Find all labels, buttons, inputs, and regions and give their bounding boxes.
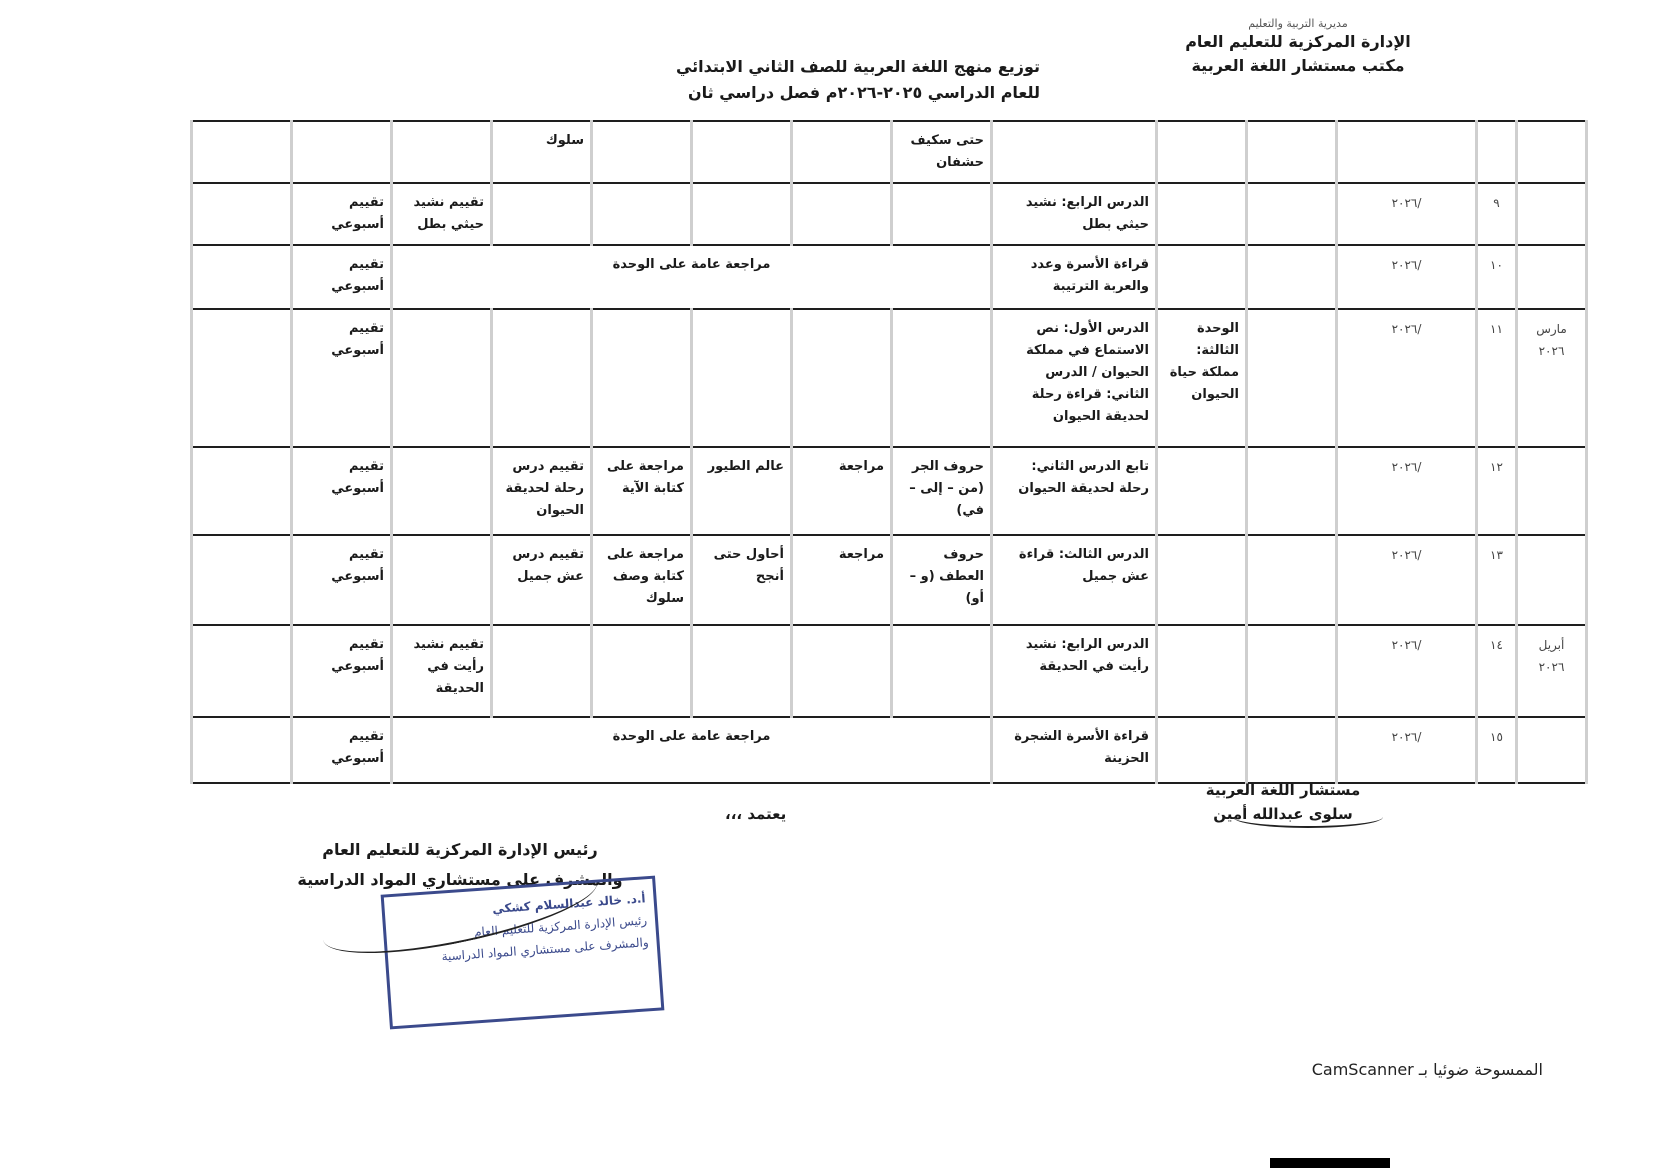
- notes-cell: [192, 535, 292, 625]
- activity-cell: تقييم درس عش جميل: [492, 535, 592, 625]
- unit-cell: [1157, 535, 1247, 625]
- lesson-cell: الدرس الثالث: قراءة عش جميل: [992, 535, 1157, 625]
- weekly-assessment-cell: [292, 121, 392, 183]
- activity-cell: [692, 183, 792, 245]
- unit-cell: [1157, 121, 1247, 183]
- lesson-cell: الدرس الأول: نص الاستماع في مملكة الحيوا…: [992, 309, 1157, 447]
- week-cell: ١٥: [1477, 717, 1517, 783]
- blank-cell: [1247, 245, 1337, 309]
- table-row: مارس ٢٠٢٦١١/٢٠٢٦الوحدة الثالثة: مملكة حي…: [192, 309, 1587, 447]
- week-cell: ١٣: [1477, 535, 1517, 625]
- activity-cell: [392, 447, 492, 535]
- weekly-assessment-cell: تقييم أسبوعي: [292, 309, 392, 447]
- table-row: ١٣/٢٠٢٦الدرس الثالث: قراءة عش جميلحروف ا…: [192, 535, 1587, 625]
- notes-cell: [192, 717, 292, 783]
- blank-cell: [1247, 717, 1337, 783]
- month-cell: [1517, 245, 1587, 309]
- date-cell: /٢٠٢٦: [1337, 309, 1477, 447]
- week-cell: ١١: [1477, 309, 1517, 447]
- lesson-cell: قراءة الأسرة الشجرة الحزينة: [992, 717, 1157, 783]
- unit-cell: [1157, 447, 1247, 535]
- month-cell: [1517, 121, 1587, 183]
- activity-cell: مراجعة: [792, 535, 892, 625]
- activity-cell: مراجعة: [792, 447, 892, 535]
- activity-cell: [592, 625, 692, 717]
- table-row: ١٥/٢٠٢٦قراءة الأسرة الشجرة الحزينةمراجعة…: [192, 717, 1587, 783]
- activity-cell: [592, 309, 692, 447]
- head-line-1: رئيس الإدارة المركزية للتعليم العام: [290, 835, 630, 865]
- weekly-assessment-cell: تقييم أسبوعي: [292, 717, 392, 783]
- notes-cell: [192, 245, 292, 309]
- week-cell: [1477, 121, 1517, 183]
- activity-cell: أحاول حتى أنجح: [692, 535, 792, 625]
- activity-cell: [492, 309, 592, 447]
- activity-cell: [692, 309, 792, 447]
- month-cell: [1517, 535, 1587, 625]
- activity-cell: [392, 121, 492, 183]
- activity-cell: [592, 183, 692, 245]
- activity-cell: حتى سكيف حشفان: [892, 121, 992, 183]
- notes-cell: [192, 447, 292, 535]
- activity-cell: [692, 625, 792, 717]
- activity-cell: [492, 183, 592, 245]
- month-cell: [1517, 717, 1587, 783]
- approval-label: يعتمد ،،،: [725, 805, 786, 823]
- table-row: ١٢/٢٠٢٦تابع الدرس الثاني: رحلة لحديقة ال…: [192, 447, 1587, 535]
- curriculum-table: حتى سكيف حشفانسلوك٩/٢٠٢٦الدرس الرابع: نش…: [190, 120, 1588, 784]
- activity-cell: تقييم نشيد حيثي بطل: [392, 183, 492, 245]
- table-row: حتى سكيف حشفانسلوك: [192, 121, 1587, 183]
- table-row: ١٠/٢٠٢٦قراءة الأسرة وعدد والعربة الترتيب…: [192, 245, 1587, 309]
- lesson-cell: الدرس الرابع: نشيد حيثي بطل: [992, 183, 1157, 245]
- activity-cell: تقييم نشيد رأيت في الحديقة: [392, 625, 492, 717]
- title-line-2: للعام الدراسي ٢٠٢٥-٢٠٢٦م فصل دراسي ثان: [620, 80, 1040, 106]
- date-cell: /٢٠٢٦: [1337, 717, 1477, 783]
- date-cell: /٢٠٢٦: [1337, 625, 1477, 717]
- table-row: ٩/٢٠٢٦الدرس الرابع: نشيد حيثي بطلتقييم ن…: [192, 183, 1587, 245]
- month-cell: أبريل ٢٠٢٦: [1517, 625, 1587, 717]
- weekly-assessment-cell: تقييم أسبوعي: [292, 183, 392, 245]
- merged-review-cell: مراجعة عامة على الوحدة: [392, 245, 992, 309]
- lesson-cell: [992, 121, 1157, 183]
- blank-cell: [1247, 183, 1337, 245]
- activity-cell: [792, 625, 892, 717]
- activity-cell: [792, 183, 892, 245]
- activity-cell: [392, 535, 492, 625]
- advisor-title: مستشار اللغة العربية: [1183, 778, 1383, 802]
- week-cell: ١٢: [1477, 447, 1517, 535]
- lesson-cell: الدرس الرابع: نشيد رأيت في الحديقة: [992, 625, 1157, 717]
- week-cell: ١٤: [1477, 625, 1517, 717]
- weekly-assessment-cell: تقييم أسبوعي: [292, 447, 392, 535]
- notes-cell: [192, 625, 292, 717]
- camscanner-watermark: الممسوحة ضوئيا بـ CamScanner: [1312, 1060, 1543, 1079]
- table-row: أبريل ٢٠٢٦١٤/٢٠٢٦الدرس الرابع: نشيد رأيت…: [192, 625, 1587, 717]
- weekly-assessment-cell: تقييم أسبوعي: [292, 245, 392, 309]
- notes-cell: [192, 183, 292, 245]
- week-cell: ٩: [1477, 183, 1517, 245]
- blank-cell: [1247, 309, 1337, 447]
- weekly-assessment-cell: تقييم أسبوعي: [292, 535, 392, 625]
- activity-cell: [892, 309, 992, 447]
- activity-cell: [592, 121, 692, 183]
- lesson-cell: تابع الدرس الثاني: رحلة لحديقة الحيوان: [992, 447, 1157, 535]
- date-cell: [1337, 121, 1477, 183]
- org-line-1: الإدارة المركزية للتعليم العام: [1183, 30, 1413, 54]
- unit-cell: [1157, 245, 1247, 309]
- activity-cell: [792, 309, 892, 447]
- unit-cell: [1157, 717, 1247, 783]
- blank-cell: [1247, 625, 1337, 717]
- activity-cell: [392, 309, 492, 447]
- activity-cell: حروف الجر (من – إلى – في): [892, 447, 992, 535]
- activity-cell: [492, 625, 592, 717]
- notes-cell: [192, 121, 292, 183]
- document-title: توزيع منهج اللغة العربية للصف الثاني الا…: [620, 54, 1040, 106]
- date-cell: /٢٠٢٦: [1337, 447, 1477, 535]
- bottom-bar: [1270, 1158, 1390, 1168]
- week-cell: ١٠: [1477, 245, 1517, 309]
- month-cell: [1517, 183, 1587, 245]
- date-cell: /٢٠٢٦: [1337, 183, 1477, 245]
- advisor-signature-block: مستشار اللغة العربية سلوى عبدالله أمين: [1183, 778, 1383, 826]
- lesson-cell: قراءة الأسرة وعدد والعربة الترتيبة: [992, 245, 1157, 309]
- activity-cell: سلوك: [492, 121, 592, 183]
- unit-cell: [1157, 183, 1247, 245]
- activity-cell: مراجعة على كتابة وصف سلوك: [592, 535, 692, 625]
- blank-cell: [1247, 121, 1337, 183]
- ministry-emblem: مديرية التربية والتعليم: [1183, 18, 1413, 30]
- activity-cell: حروف العطف (و – أو): [892, 535, 992, 625]
- activity-cell: [892, 625, 992, 717]
- activity-cell: [792, 121, 892, 183]
- weekly-assessment-cell: تقييم أسبوعي: [292, 625, 392, 717]
- merged-review-cell: مراجعة عامة على الوحدة: [392, 717, 992, 783]
- notes-cell: [192, 309, 292, 447]
- org-header: مديرية التربية والتعليم الإدارة المركزية…: [1183, 18, 1413, 78]
- activity-cell: مراجعة على كتابة الآية: [592, 447, 692, 535]
- blank-cell: [1247, 447, 1337, 535]
- title-line-1: توزيع منهج اللغة العربية للصف الثاني الا…: [620, 54, 1040, 80]
- month-cell: مارس ٢٠٢٦: [1517, 309, 1587, 447]
- date-cell: /٢٠٢٦: [1337, 535, 1477, 625]
- signature-scribble: [1233, 806, 1383, 828]
- activity-cell: [892, 183, 992, 245]
- date-cell: /٢٠٢٦: [1337, 245, 1477, 309]
- unit-cell: الوحدة الثالثة: مملكة حياة الحيوان: [1157, 309, 1247, 447]
- activity-cell: [692, 121, 792, 183]
- blank-cell: [1247, 535, 1337, 625]
- unit-cell: [1157, 625, 1247, 717]
- org-line-2: مكتب مستشار اللغة العربية: [1183, 54, 1413, 78]
- month-cell: [1517, 447, 1587, 535]
- activity-cell: تقييم درس رحلة لحديقة الحيوان: [492, 447, 592, 535]
- activity-cell: عالم الطيور: [692, 447, 792, 535]
